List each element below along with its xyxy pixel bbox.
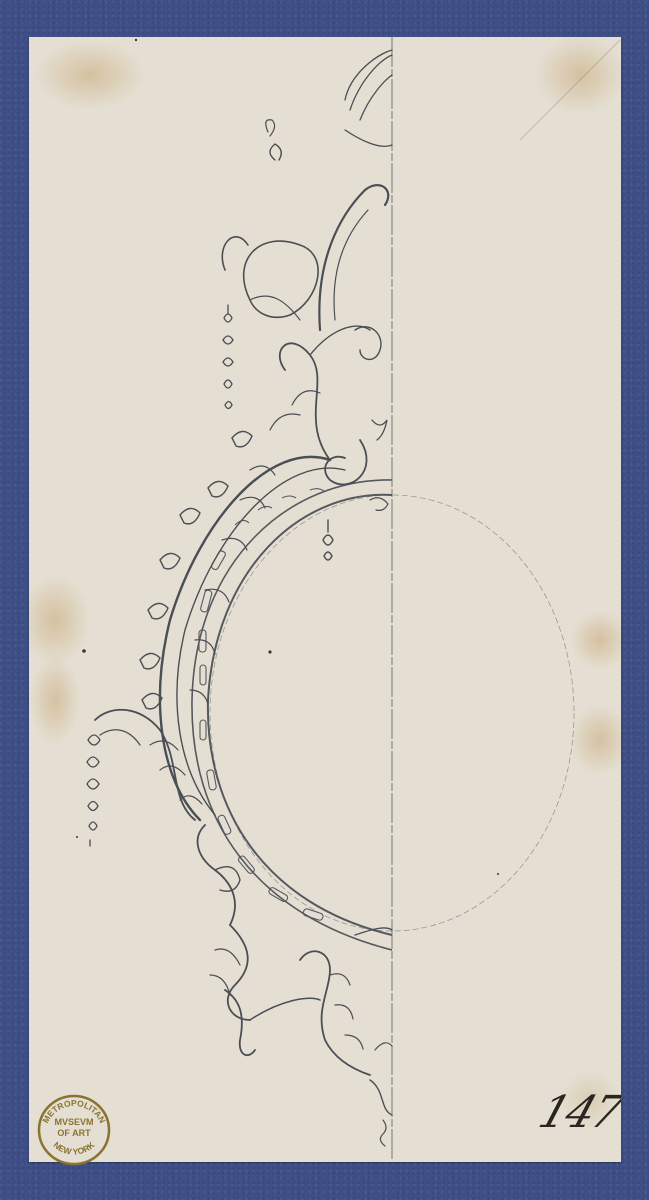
stamp-line-1: MVSEVM [36,1117,112,1128]
rococo-ornament [87,50,392,1146]
foxing-stains [29,37,621,1130]
construction-lines [210,37,620,1160]
paper-specks [76,39,499,875]
stamp-line-2: OF ART [36,1128,112,1139]
museum-stamp: METROPOLITAN NEW YORK MVSEVM OF ART [36,1093,112,1167]
pencil-drawing [29,37,621,1162]
sheet-number: 147 [533,1087,621,1138]
oval-frame [192,480,392,950]
drawing-sheet: 147 [29,37,621,1162]
